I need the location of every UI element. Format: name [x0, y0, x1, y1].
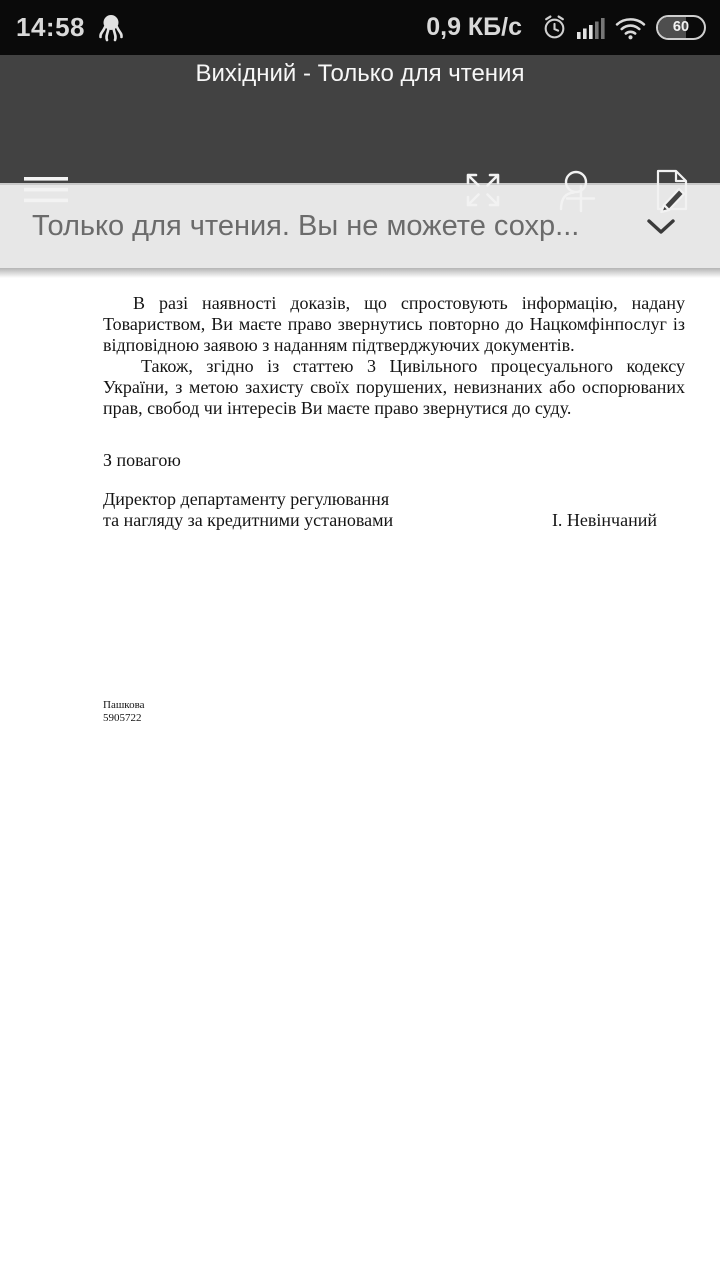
- status-right: 0,9 КБ/с 60: [426, 13, 706, 42]
- wifi-icon: [615, 15, 646, 40]
- signature-block: Директор департаменту регулювання та наг…: [103, 489, 685, 531]
- status-left: 14:58: [16, 12, 125, 43]
- executor-number: 5905722: [103, 712, 685, 725]
- signature-name: І. Невінчаний: [552, 510, 657, 531]
- share-button[interactable]: [554, 167, 600, 213]
- battery-indicator: 60: [656, 15, 706, 40]
- menu-button[interactable]: [24, 177, 68, 203]
- octopus-icon: [97, 13, 125, 43]
- toolbar-right: [460, 167, 694, 213]
- banner-shadow: [0, 268, 720, 278]
- battery-level: 60: [673, 20, 689, 35]
- page-title: Вихідний - Только для чтения: [0, 55, 720, 88]
- fullscreen-button[interactable]: [460, 167, 506, 213]
- signal-bars-icon: [577, 17, 606, 39]
- closing-salutation: З повагою: [103, 450, 685, 471]
- edit-document-icon: [648, 167, 694, 213]
- hamburger-menu-icon: [24, 177, 68, 203]
- chevron-down-icon[interactable]: [646, 218, 676, 236]
- executor-note: Пашкова 5905722: [103, 699, 685, 725]
- edit-button[interactable]: [648, 167, 694, 213]
- document-page[interactable]: В разі наявності доказів, що спростовуют…: [0, 278, 720, 725]
- clock-time: 14:58: [16, 12, 85, 43]
- document-paragraph: В разі наявності доказів, що спростовуют…: [103, 293, 685, 356]
- document-paragraph: Також, згідно із статтею 3 Цивільного пр…: [103, 356, 685, 419]
- person-add-icon: [554, 167, 600, 213]
- network-speed: 0,9 КБ/с: [426, 13, 522, 42]
- alarm-clock-icon: [541, 14, 568, 41]
- app-header: Вихідний - Только для чтения: [0, 55, 720, 183]
- signature-title-line1: Директор департаменту регулювання: [103, 489, 685, 510]
- signature-row: та нагляду за кредитними установами І. Н…: [103, 510, 685, 531]
- toolbar: [0, 165, 720, 215]
- expand-fullscreen-icon: [460, 167, 506, 213]
- signature-title-line2: та нагляду за кредитними установами: [103, 510, 393, 531]
- executor-name: Пашкова: [103, 699, 685, 712]
- status-bar: 14:58 0,9 КБ/с 60: [0, 0, 720, 55]
